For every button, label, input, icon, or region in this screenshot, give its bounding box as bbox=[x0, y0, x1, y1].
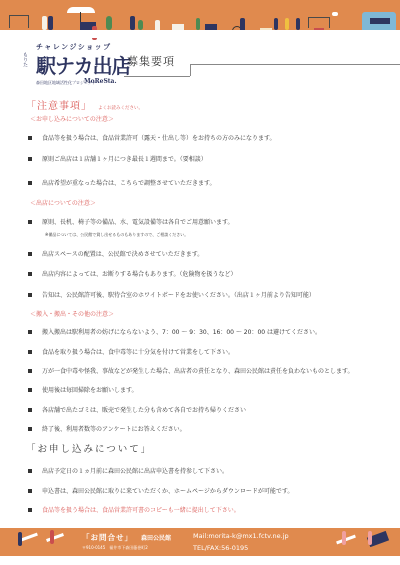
bullet-square-icon bbox=[28, 408, 32, 412]
bullet-square-icon bbox=[28, 181, 32, 185]
logo: チャレンジショップ もりた 駅ナカ出店 森田地区地域活性化プロジェクト MoRe… bbox=[22, 42, 162, 97]
truck-window-icon bbox=[370, 18, 390, 24]
person-icon bbox=[18, 532, 22, 546]
section-heading-application: ＜お申し込みについての注意＞ bbox=[30, 114, 114, 123]
list-item: 各店舗で出たゴミは、販売で発生した分も含めて各自でお持ち帰りください bbox=[28, 405, 246, 414]
list-item: 出店予定日の１ヵ月前に森田公民館に出店申込書を持参して下さい。 bbox=[28, 466, 228, 475]
list-item: 申込書は、森田公民館に取りに来ていただくか、ホームページからダウンロードが可能で… bbox=[28, 486, 293, 495]
person-icon bbox=[296, 18, 300, 30]
list-item: 出店内容によっては、お断りする場合もあります。（危険物を扱うなど） bbox=[28, 269, 237, 278]
notices-title: 「注意事項」よくお読みください。 bbox=[26, 97, 143, 112]
list-item: 出店希望が重なった場合は、こちらで調整させていただきます。 bbox=[28, 178, 215, 187]
ground-strip bbox=[0, 30, 400, 38]
bullet-square-icon bbox=[28, 293, 32, 297]
title-divider bbox=[190, 64, 191, 76]
title-underline bbox=[124, 76, 190, 77]
list-item: 万が一食中毒や怪我、事故などが発生した場合、出店者の責任となり、森田公民館は責任… bbox=[28, 366, 354, 375]
bullet-square-icon bbox=[28, 369, 32, 373]
bullet-square-icon bbox=[28, 508, 32, 512]
list-item: 終了後、利用者数等のアンケートにお答えください。 bbox=[28, 424, 186, 433]
list-item: 食品を取り扱う場合は、食中毒等に十分気を付けて営業をして下さい。 bbox=[28, 347, 234, 356]
list-item: 原則ご出店は１店舗１ヶ月につき最長１週間まで。（要相談） bbox=[28, 154, 207, 163]
list-item: 告知は、公民館許可後、駅待合室のホワイトボードをお使いください。（出店１ヶ月前よ… bbox=[28, 290, 315, 299]
person-icon bbox=[368, 531, 372, 545]
person-icon bbox=[48, 16, 53, 30]
bullet-square-icon bbox=[28, 157, 32, 161]
logo-brand: MoReSta. bbox=[84, 78, 117, 85]
contact-label: 「お問合せ」 bbox=[82, 532, 133, 543]
list-item: 原則、長机、椅子等の備品、水、電気設備等は各自でご用意願います。 bbox=[28, 217, 234, 226]
address: 〒910-0145 福井市下森田藤巻町2 bbox=[82, 545, 148, 551]
bullet-square-icon bbox=[28, 330, 32, 334]
list-item: 食品等を扱う場合は、食品営業許可（露天・仕出し等）をお持ちの方のみになります。 bbox=[28, 133, 276, 142]
equipment-note: ※備品については、公民館で貸し出せるものもありますので、ご相談ください。 bbox=[45, 232, 188, 238]
title-rule bbox=[190, 64, 400, 65]
plant-icon bbox=[138, 20, 143, 30]
person-icon bbox=[342, 531, 346, 545]
bullet-square-icon bbox=[28, 136, 32, 140]
table-illustration-icon bbox=[336, 535, 356, 545]
notices-title-text: 「注意事項」 bbox=[26, 101, 92, 112]
umbrella-icon bbox=[67, 7, 95, 13]
person-icon bbox=[42, 16, 47, 30]
table-illustration-icon bbox=[46, 533, 64, 542]
phone-fax: TEL/FAX:56-0195 bbox=[193, 544, 248, 552]
bullet-square-icon bbox=[28, 489, 32, 493]
section-heading-store: ＜出店についての注意＞ bbox=[30, 198, 96, 207]
person-icon bbox=[274, 18, 278, 30]
lamp-icon bbox=[332, 12, 338, 16]
clothes-rack-icon bbox=[9, 15, 29, 28]
bullet-square-icon bbox=[28, 252, 32, 256]
notices-title-note: よくお読みください。 bbox=[98, 106, 143, 111]
bullet-square-icon bbox=[28, 350, 32, 354]
footer-contact-band: 「お問合せ」 森田公民館 〒910-0145 福井市下森田藤巻町2 Mail:m… bbox=[0, 528, 400, 556]
logo-side-text: もりた bbox=[22, 52, 29, 67]
logo-main-text: 駅ナカ出店 bbox=[36, 50, 131, 79]
bullet-square-icon bbox=[28, 427, 32, 431]
bullet-square-icon bbox=[28, 388, 32, 392]
bullet-square-icon bbox=[28, 220, 32, 224]
email-link[interactable]: Mail:morita-k@mx1.fctv.ne.jp bbox=[193, 532, 289, 540]
list-item: 出店スペースの配置は、公民館で決めさせていただきます。 bbox=[28, 249, 203, 258]
cactus-icon bbox=[196, 18, 200, 30]
application-title: 「お申し込みについて」 bbox=[26, 441, 152, 455]
list-item: 使用後は毎回掃除をお願いします。 bbox=[28, 385, 138, 394]
list-item: 搬入搬出は駅利用者の妨げにならないよう、7：00 ～ 9：30、16：00 ～ … bbox=[28, 327, 321, 336]
bullet-square-icon bbox=[28, 469, 32, 473]
person-icon bbox=[50, 530, 54, 544]
person-icon bbox=[285, 18, 289, 30]
plant-icon bbox=[106, 16, 112, 30]
bullet-square-icon bbox=[28, 272, 32, 276]
clothes-rack-icon bbox=[308, 17, 330, 28]
list-item-highlight: 食品等を扱う場合は、食品営業許可書のコピーも一緒に提出して下さい。 bbox=[28, 505, 240, 514]
page-title: 募集要項 bbox=[127, 53, 175, 69]
person-icon bbox=[130, 16, 135, 30]
hall-name: 森田公民館 bbox=[141, 533, 171, 542]
section-heading-loading: ＜搬入・搬出・その他の注意＞ bbox=[30, 309, 114, 318]
